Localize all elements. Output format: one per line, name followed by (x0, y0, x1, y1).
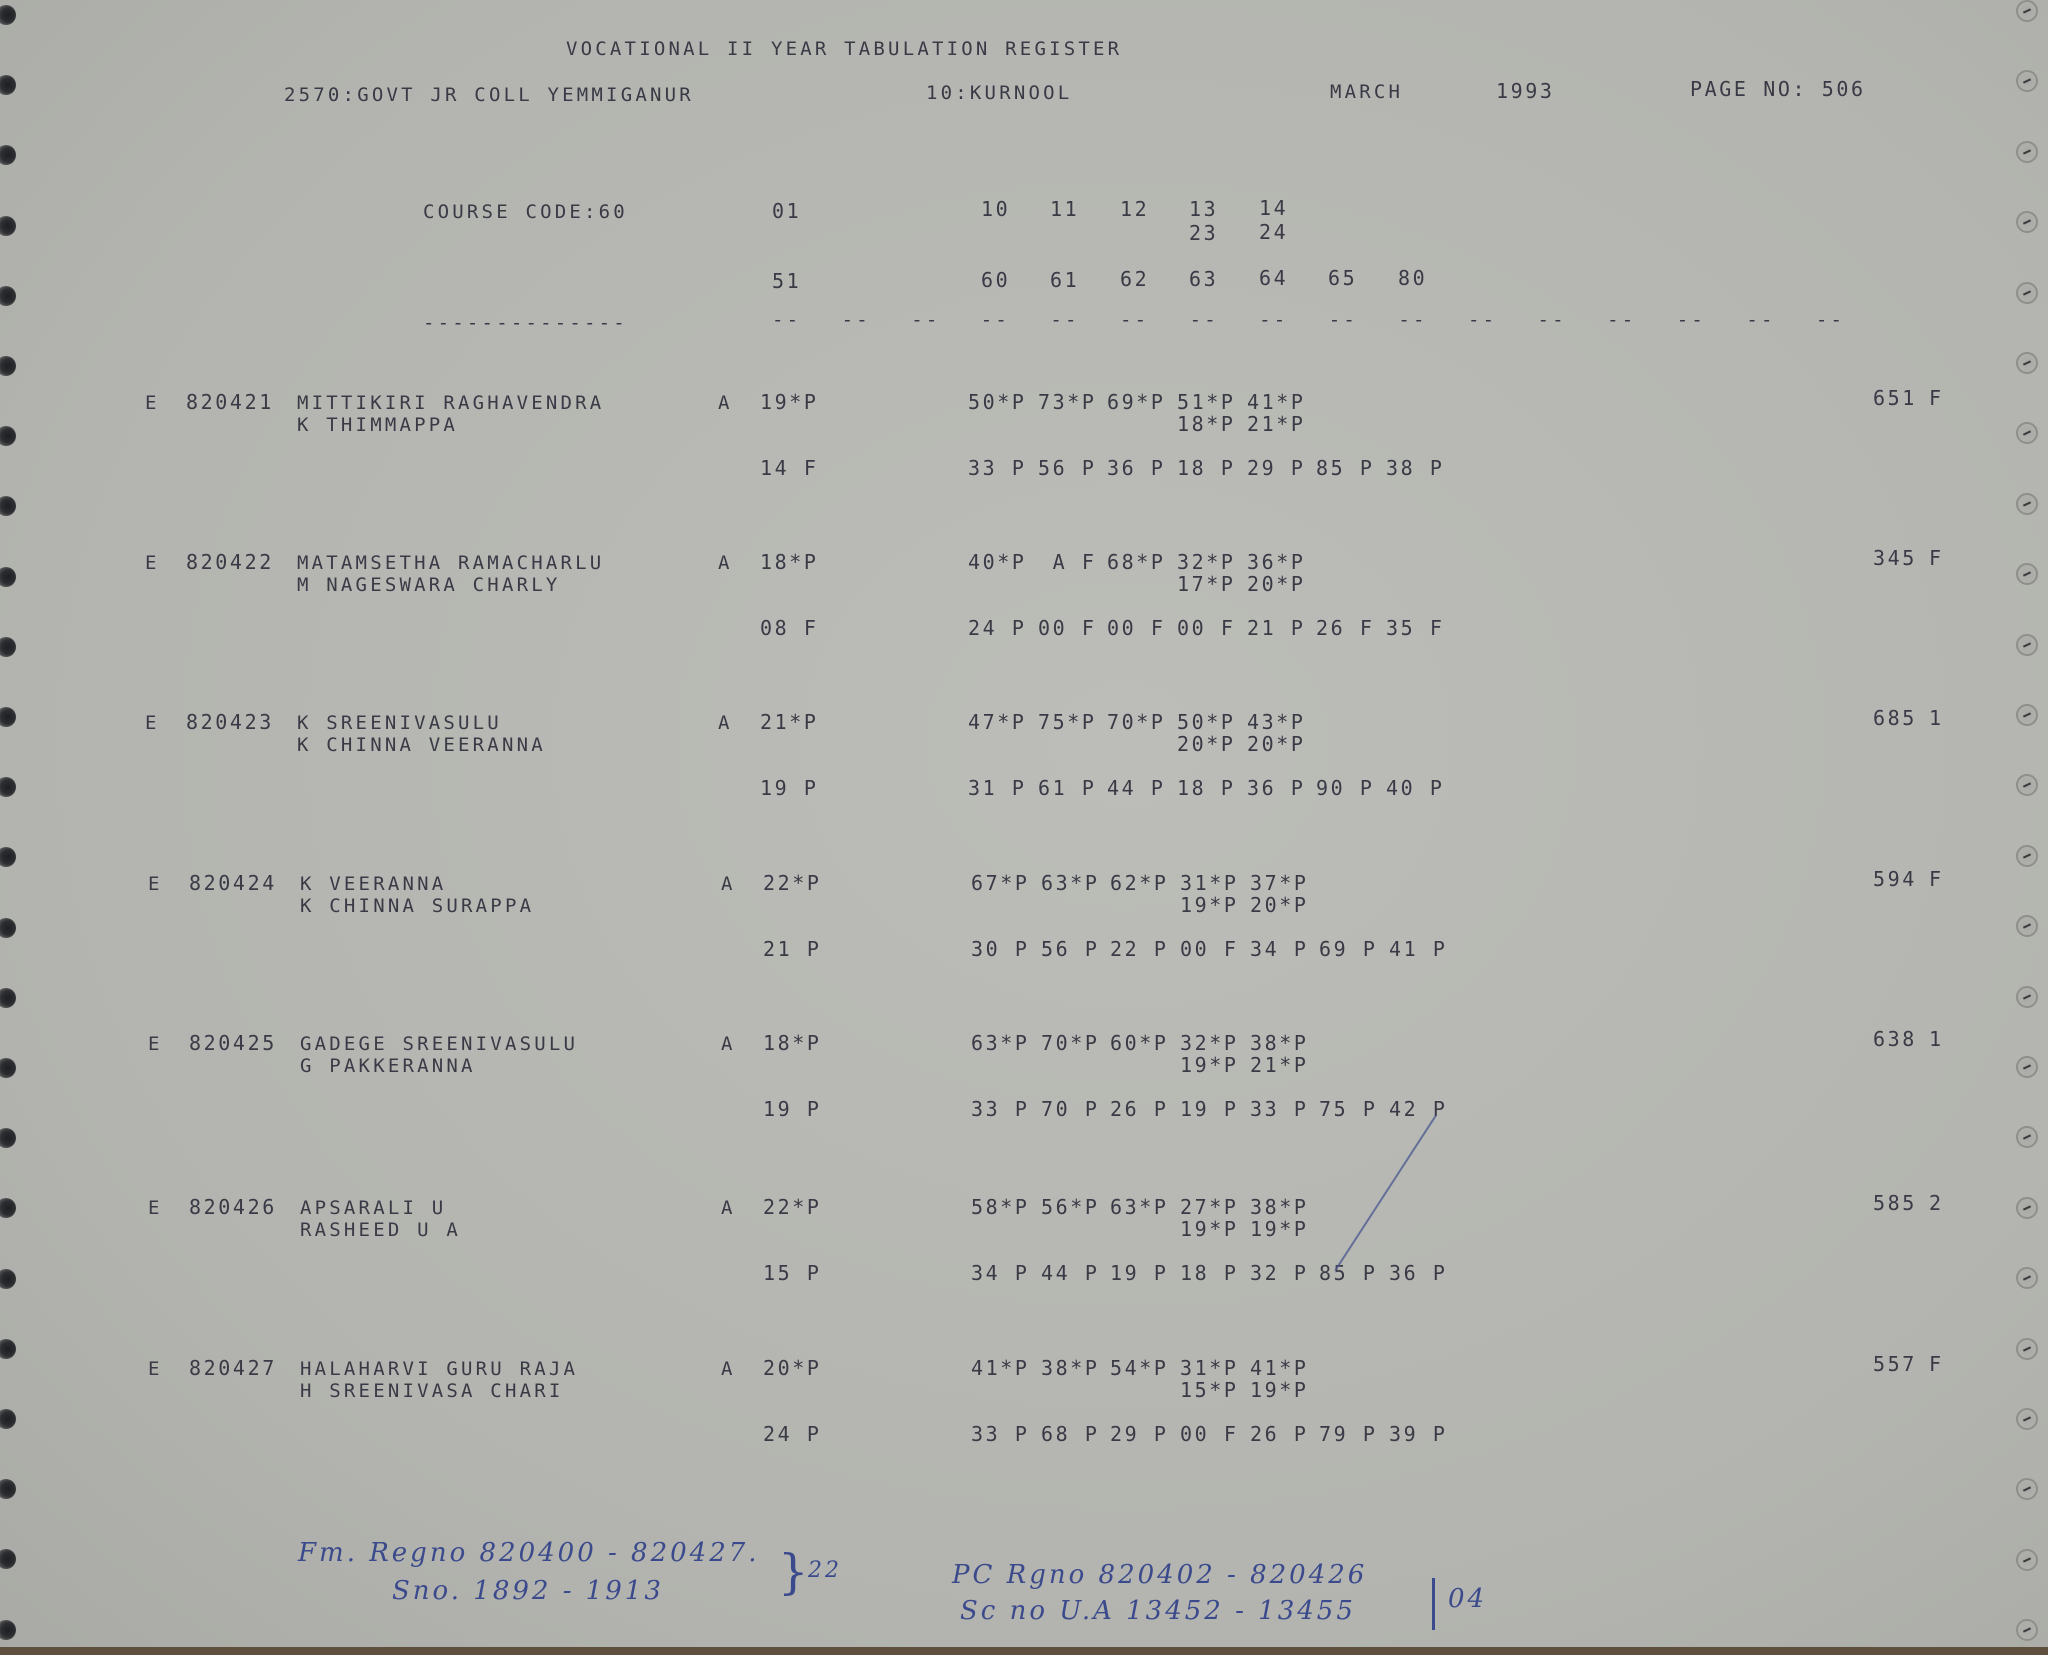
total-marks: 594 (1873, 867, 1917, 891)
col-head-11: 11 (1050, 197, 1079, 221)
column-dash-row: -------------------------------- (772, 309, 1886, 331)
subject-01-mark: 18*P (760, 550, 819, 574)
total-marks: 651 (1873, 386, 1917, 410)
second-year-mark: 79 P (1319, 1422, 1378, 1446)
feed-hole-icon (2016, 70, 2038, 92)
register-number: 820425 (189, 1031, 277, 1055)
column-dash: -- (842, 309, 912, 331)
category-code: E (145, 552, 160, 574)
result-code: F (1929, 386, 1944, 410)
category-code: E (145, 712, 160, 734)
col-head-61: 61 (1050, 268, 1079, 292)
feed-hole-icon (0, 145, 16, 165)
feed-hole-icon (2016, 211, 2038, 233)
col-head-51: 51 (772, 269, 801, 293)
result-code: F (1929, 546, 1944, 570)
first-year-mark: 40*P (968, 550, 1027, 574)
column-dash: -- (1190, 309, 1260, 331)
second-year-mark: 90 P (1316, 776, 1375, 800)
second-year-mark: 00 F (1177, 616, 1236, 640)
handwritten-note-left-line2: Sno. 1892 - 1913 (392, 1576, 664, 1606)
subject-51-mark: 19 P (763, 1097, 822, 1121)
parent-name: K CHINNA SURAPPA (300, 895, 534, 917)
student-name: MATAMSETHA RAMACHARLU (297, 552, 604, 574)
subject-51-mark: 15 P (763, 1261, 822, 1285)
column-dash: -- (911, 309, 981, 331)
desk-edge (0, 1647, 2048, 1655)
student-name: K VEERANNA (300, 873, 446, 895)
category-code: E (148, 873, 163, 895)
col-head-63: 63 (1189, 267, 1218, 291)
practical-mark: 21*P (1247, 412, 1306, 436)
first-year-mark: 60*P (1110, 1031, 1169, 1055)
left-feed-holes (0, 0, 40, 1655)
total-marks: 585 (1873, 1191, 1917, 1215)
handwritten-note-right-line1: PC Rgno 820402 - 820426 (952, 1560, 1367, 1590)
feed-hole-icon (0, 1198, 16, 1218)
feed-hole-icon (0, 707, 16, 727)
col-head-24: 24 (1259, 220, 1288, 244)
second-year-mark: 34 P (1250, 937, 1309, 961)
feed-hole-icon (0, 637, 16, 657)
subject-01-mark: 19*P (760, 390, 819, 414)
feed-hole-icon (0, 918, 16, 938)
second-year-mark: 44 P (1041, 1261, 1100, 1285)
course-code: COURSE CODE:60 (423, 201, 628, 223)
first-year-mark: 41*P (1250, 1356, 1309, 1380)
feed-hole-icon (0, 1409, 16, 1429)
feed-hole-icon (2016, 1197, 2038, 1219)
second-year-mark: 40 P (1386, 776, 1445, 800)
second-year-mark: 33 P (968, 456, 1027, 480)
register-number: 820427 (189, 1356, 277, 1380)
subject-01-mark: 21*P (760, 710, 819, 734)
second-year-mark: 18 P (1177, 776, 1236, 800)
column-dash: -- (1259, 309, 1329, 331)
first-year-mark: A F (1038, 550, 1097, 574)
parent-name: G PAKKERANNA (300, 1055, 476, 1077)
feed-hole-icon (0, 5, 16, 25)
subject-01-mark: 18*P (763, 1031, 822, 1055)
first-year-mark: 47*P (968, 710, 1027, 734)
second-year-mark: 31 P (968, 776, 1027, 800)
second-year-mark: 00 F (1180, 1422, 1239, 1446)
second-year-mark: 29 P (1110, 1422, 1169, 1446)
feed-hole-icon (2016, 0, 2038, 22)
second-year-mark: 36 P (1389, 1261, 1448, 1285)
first-year-mark: 63*P (971, 1031, 1030, 1055)
feed-hole-icon (0, 1269, 16, 1289)
feed-hole-icon (0, 426, 16, 446)
feed-hole-icon (0, 496, 16, 516)
practical-mark: 19*P (1180, 893, 1239, 917)
first-year-mark: 32*P (1177, 550, 1236, 574)
second-year-mark: 38 P (1386, 456, 1445, 480)
second-year-mark: 42 P (1389, 1097, 1448, 1121)
feed-hole-icon (2016, 1478, 2038, 1500)
first-year-mark: 50*P (1177, 710, 1236, 734)
first-year-mark: 70*P (1041, 1031, 1100, 1055)
feed-hole-icon (0, 1128, 16, 1148)
feed-hole-icon (0, 286, 16, 306)
col-head-10: 10 (981, 197, 1010, 221)
first-year-mark: 67*P (971, 871, 1030, 895)
second-year-mark: 85 P (1316, 456, 1375, 480)
feed-hole-icon (2016, 845, 2038, 867)
first-year-mark: 31*P (1180, 871, 1239, 895)
second-year-mark: 22 P (1110, 937, 1169, 961)
second-year-mark: 34 P (971, 1261, 1030, 1285)
subject-01-mark: 20*P (763, 1356, 822, 1380)
col-head-12: 12 (1120, 197, 1149, 221)
second-year-mark: 32 P (1250, 1261, 1309, 1285)
col-head-64: 64 (1259, 266, 1288, 290)
second-year-mark: 00 F (1180, 937, 1239, 961)
first-year-mark: 37*P (1250, 871, 1309, 895)
total-marks: 557 (1873, 1352, 1917, 1376)
second-year-mark: 39 P (1389, 1422, 1448, 1446)
feed-hole-icon (0, 1479, 16, 1499)
subject-01-mark: 22*P (763, 871, 822, 895)
second-year-mark: 18 P (1180, 1261, 1239, 1285)
feed-hole-icon (2016, 282, 2038, 304)
first-year-mark: 36*P (1247, 550, 1306, 574)
feed-hole-icon (0, 847, 16, 867)
feed-hole-icon (2016, 1267, 2038, 1289)
category-code: E (148, 1358, 163, 1380)
feed-hole-icon (0, 1339, 16, 1359)
first-year-mark: 62*P (1110, 871, 1169, 895)
practical-mark: 15*P (1180, 1378, 1239, 1402)
column-dash: -- (1050, 309, 1120, 331)
parent-name: K CHINNA VEERANNA (297, 734, 546, 756)
parent-name: H SREENIVASA CHARI (300, 1380, 564, 1402)
result-code: 1 (1929, 706, 1944, 730)
practical-mark: 17*P (1177, 572, 1236, 596)
column-dash: -- (1329, 309, 1399, 331)
second-year-mark: 29 P (1247, 456, 1306, 480)
handwritten-divider (1432, 1578, 1435, 1630)
feed-hole-icon (2016, 1056, 2038, 1078)
first-year-mark: 75*P (1038, 710, 1097, 734)
practical-mark: 20*P (1177, 732, 1236, 756)
medium-code: A (718, 392, 733, 414)
feed-hole-icon (2016, 352, 2038, 374)
column-dash: -- (1816, 309, 1886, 331)
feed-hole-icon (2016, 493, 2038, 515)
student-name: HALAHARVI GURU RAJA (300, 1358, 578, 1380)
second-year-mark: 33 P (971, 1422, 1030, 1446)
practical-mark: 20*P (1247, 732, 1306, 756)
column-dash: -- (772, 309, 842, 331)
subject-51-mark: 19 P (760, 776, 819, 800)
result-code: F (1929, 1352, 1944, 1376)
medium-code: A (718, 712, 733, 734)
result-code: 2 (1929, 1191, 1944, 1215)
feed-hole-icon (2016, 774, 2038, 796)
handwritten-count-right: 04 (1448, 1584, 1487, 1614)
column-dash: -- (1607, 309, 1677, 331)
second-year-mark: 21 P (1247, 616, 1306, 640)
second-year-mark: 44 P (1107, 776, 1166, 800)
feed-hole-icon (0, 567, 16, 587)
parent-name: RASHEED U A (300, 1219, 461, 1241)
handwritten-note-right-line2: Sc no U.A 13452 - 13455 (960, 1596, 1356, 1626)
result-code: 1 (1929, 1027, 1944, 1051)
feed-hole-icon (2016, 986, 2038, 1008)
feed-hole-icon (0, 988, 16, 1008)
first-year-mark: 41*P (1247, 390, 1306, 414)
col-head-80: 80 (1398, 266, 1427, 290)
first-year-mark: 70*P (1107, 710, 1166, 734)
first-year-mark: 41*P (971, 1356, 1030, 1380)
register-title: VOCATIONAL II YEAR TABULATION REGISTER (566, 38, 1122, 60)
column-dash: -- (1538, 309, 1608, 331)
handwritten-note-left-line1: Fm. Regno 820400 - 820427. (298, 1538, 760, 1568)
second-year-mark: 41 P (1389, 937, 1448, 961)
feed-hole-icon (0, 1058, 16, 1078)
feed-hole-icon (2016, 915, 2038, 937)
column-dash: -- (1120, 309, 1190, 331)
category-code: E (148, 1197, 163, 1219)
column-dash: -- (1746, 309, 1816, 331)
second-year-mark: 33 P (971, 1097, 1030, 1121)
register-number: 820422 (186, 550, 274, 574)
feed-hole-icon (0, 75, 16, 95)
second-year-mark: 30 P (971, 937, 1030, 961)
second-year-mark: 26 F (1316, 616, 1375, 640)
second-year-mark: 36 P (1107, 456, 1166, 480)
feed-hole-icon (2016, 1338, 2038, 1360)
feed-hole-icon (2016, 1408, 2038, 1430)
practical-mark: 20*P (1250, 893, 1309, 917)
col-head-60: 60 (981, 268, 1010, 292)
column-dash: -- (1398, 309, 1468, 331)
second-year-mark: 00 F (1107, 616, 1166, 640)
second-year-mark: 19 P (1110, 1261, 1169, 1285)
student-name: GADEGE SREENIVASULU (300, 1033, 578, 1055)
second-year-mark: 75 P (1319, 1097, 1378, 1121)
medium-code: A (721, 1033, 736, 1055)
subject-51-mark: 08 F (760, 616, 819, 640)
col-head-23: 23 (1189, 221, 1218, 245)
subject-51-mark: 21 P (763, 937, 822, 961)
subject-51-mark: 24 P (763, 1422, 822, 1446)
col-head-62: 62 (1120, 267, 1149, 291)
feed-hole-icon (0, 216, 16, 236)
feed-hole-icon (2016, 634, 2038, 656)
feed-hole-icon (2016, 563, 2038, 585)
pen-stroke (1334, 1115, 1436, 1271)
first-year-mark: 63*P (1041, 871, 1100, 895)
first-year-mark: 69*P (1107, 390, 1166, 414)
total-marks: 345 (1873, 546, 1917, 570)
name-underline: -------------- (423, 312, 628, 334)
feed-hole-icon (2016, 704, 2038, 726)
second-year-mark: 26 P (1250, 1422, 1309, 1446)
feed-hole-icon (0, 1549, 16, 1569)
result-code: F (1929, 867, 1944, 891)
second-year-mark: 24 P (968, 616, 1027, 640)
second-year-mark: 35 F (1386, 616, 1445, 640)
column-dash: -- (981, 309, 1051, 331)
subject-01-mark: 22*P (763, 1195, 822, 1219)
first-year-mark: 56*P (1041, 1195, 1100, 1219)
medium-code: A (721, 1358, 736, 1380)
second-year-mark: 56 P (1041, 937, 1100, 961)
second-year-mark: 36 P (1247, 776, 1306, 800)
col-head-13: 13 (1189, 197, 1218, 221)
practical-mark: 19*P (1180, 1053, 1239, 1077)
practical-mark: 19*P (1180, 1217, 1239, 1241)
category-code: E (148, 1033, 163, 1055)
second-year-mark: 18 P (1177, 456, 1236, 480)
second-year-mark: 00 F (1038, 616, 1097, 640)
second-year-mark: 85 P (1319, 1261, 1378, 1285)
medium-code: A (718, 552, 733, 574)
feed-hole-icon (2016, 422, 2038, 444)
category-code: E (145, 392, 160, 414)
col-head-14: 14 (1259, 196, 1288, 220)
medium-code: A (721, 1197, 736, 1219)
parent-name: K THIMMAPPA (297, 414, 458, 436)
first-year-mark: 58*P (971, 1195, 1030, 1219)
feed-hole-icon (0, 1620, 16, 1640)
register-number: 820426 (189, 1195, 277, 1219)
first-year-mark: 27*P (1180, 1195, 1239, 1219)
feed-hole-icon (2016, 1126, 2038, 1148)
student-name: APSARALI U (300, 1197, 446, 1219)
first-year-mark: 73*P (1038, 390, 1097, 414)
first-year-mark: 68*P (1107, 550, 1166, 574)
second-year-mark: 56 P (1038, 456, 1097, 480)
register-number: 820423 (186, 710, 274, 734)
first-year-mark: 38*P (1250, 1195, 1309, 1219)
feed-hole-icon (2016, 1619, 2038, 1641)
second-year-mark: 61 P (1038, 776, 1097, 800)
first-year-mark: 31*P (1180, 1356, 1239, 1380)
practical-mark: 18*P (1177, 412, 1236, 436)
exam-year: 1993 (1496, 79, 1555, 103)
second-year-mark: 69 P (1319, 937, 1378, 961)
feed-hole-icon (2016, 1549, 2038, 1571)
handwritten-count-left: 22 (808, 1558, 842, 1583)
right-feed-holes (2008, 0, 2048, 1655)
total-marks: 638 (1873, 1027, 1917, 1051)
practical-mark: 20*P (1247, 572, 1306, 596)
feed-hole-icon (0, 356, 16, 376)
column-dash: -- (1677, 309, 1747, 331)
first-year-mark: 32*P (1180, 1031, 1239, 1055)
feed-hole-icon (2016, 141, 2038, 163)
second-year-mark: 19 P (1180, 1097, 1239, 1121)
register-number: 820424 (189, 871, 277, 895)
student-name: K SREENIVASULU (297, 712, 502, 734)
practical-mark: 19*P (1250, 1217, 1309, 1241)
college-name: 2570:GOVT JR COLL YEMMIGANUR (284, 84, 694, 106)
district-name: 10:KURNOOL (926, 82, 1072, 104)
first-year-mark: 50*P (968, 390, 1027, 414)
second-year-mark: 33 P (1250, 1097, 1309, 1121)
medium-code: A (721, 873, 736, 895)
first-year-mark: 54*P (1110, 1356, 1169, 1380)
first-year-mark: 38*P (1041, 1356, 1100, 1380)
subject-51-mark: 14 F (760, 456, 819, 480)
col-head-01: 01 (772, 199, 801, 223)
first-year-mark: 43*P (1247, 710, 1306, 734)
first-year-mark: 51*P (1177, 390, 1236, 414)
second-year-mark: 70 P (1041, 1097, 1100, 1121)
first-year-mark: 63*P (1110, 1195, 1169, 1219)
practical-mark: 19*P (1250, 1378, 1309, 1402)
second-year-mark: 26 P (1110, 1097, 1169, 1121)
col-head-65: 65 (1328, 266, 1357, 290)
student-name: MITTIKIRI RAGHAVENDRA (297, 392, 604, 414)
total-marks: 685 (1873, 706, 1917, 730)
page-number: PAGE NO: 506 (1690, 77, 1866, 101)
exam-month: MARCH (1330, 81, 1403, 103)
second-year-mark: 68 P (1041, 1422, 1100, 1446)
register-number: 820421 (186, 390, 274, 414)
feed-hole-icon (0, 777, 16, 797)
parent-name: M NAGESWARA CHARLY (297, 574, 561, 596)
column-dash: -- (1468, 309, 1538, 331)
brace-icon: } (778, 1544, 809, 1600)
practical-mark: 21*P (1250, 1053, 1309, 1077)
first-year-mark: 38*P (1250, 1031, 1309, 1055)
